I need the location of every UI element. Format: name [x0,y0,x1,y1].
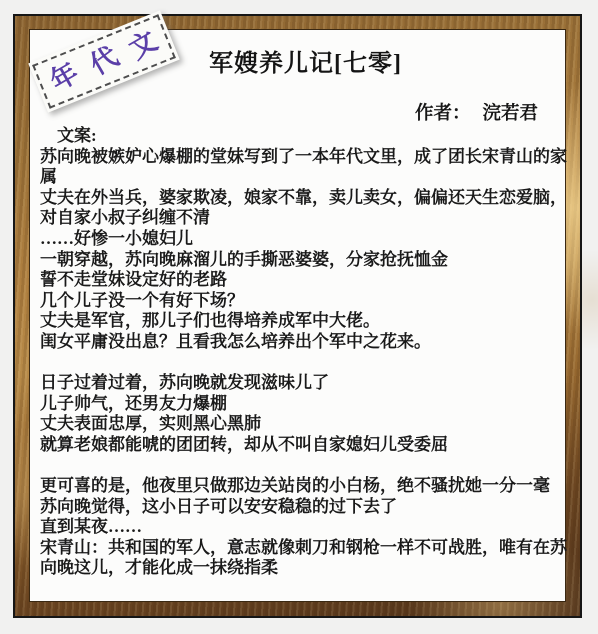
synopsis-line: 对自家小叔子纠缠不清 [40,208,562,229]
synopsis-line: 直到某夜…… [40,517,562,538]
synopsis-line [40,353,562,374]
synopsis-line: 属 [40,167,562,188]
stamp-char-nian: 年 [46,59,83,96]
stamp-char-dai: 代 [86,43,123,80]
synopsis-line: 几个儿子没一个有好下场？ [40,291,562,312]
stamp-char-wen: 文 [125,27,162,64]
author-label: 作者： [415,104,471,124]
synopsis-line: 向晚这儿，才能化成一抹绕指柔 [40,558,562,579]
synopsis-line [40,456,562,477]
synopsis-line: 苏向晚觉得，这小日子可以安安稳稳的过下去了 [40,497,562,518]
synopsis-line: 苏向晚被嫉妒心爆棚的堂妹写到了一本年代文里，成了团长宋青山的家 [40,147,562,168]
synopsis-line: 闺女平庸没出息？且看我怎么培养出个军中之花来。 [40,332,562,353]
synopsis-line: 丈夫表面忠厚，实则黑心黑肺 [40,414,562,435]
synopsis-line: 丈夫在外当兵，婆家欺凌，娘家不靠，卖儿卖女，偏偏还天生恋爱脑， [40,188,562,209]
synopsis-line: ……好惨一小媳妇儿 [40,229,562,250]
synopsis-line: 日子过着过着，苏向晚就发现滋味儿了 [40,373,562,394]
synopsis-line: 一朝穿越，苏向晚麻溜儿的手撕恶婆婆，分家抢抚恤金 [40,250,562,271]
synopsis-line: 就算老娘都能唬的团团转，却从不叫自家媳妇儿受委屈 [40,435,562,456]
page-title: 军嫂养儿记[七零] [209,43,402,78]
synopsis-line: 儿子帅气，还男友力爆棚 [40,394,562,415]
synopsis-line: 更可喜的是，他夜里只做那边关站岗的小白杨，绝不骚扰她一分一毫 [40,476,562,497]
synopsis: 文案:苏向晚被嫉妒心爆棚的堂妹写到了一本年代文里，成了团长宋青山的家属丈夫在外当… [40,126,562,579]
synopsis-line: 誓不走堂妹设定好的老路 [40,270,562,291]
synopsis-line: 文案: [40,126,562,147]
synopsis-line: 丈夫是军官，那儿子们也得培养成军中大佬。 [40,311,562,332]
author-name: 浣若君 [483,104,539,124]
synopsis-line: 宋青山：共和国的军人，意志就像刺刀和钢枪一样不可战胜，唯有在苏 [40,538,562,559]
photo-frame: 军嫂养儿记[七零] 作者：浣若君 文案:苏向晚被嫉妒心爆棚的堂妹写到了一本年代文… [13,14,582,618]
content-area: 军嫂养儿记[七零] 作者：浣若君 文案:苏向晚被嫉妒心爆棚的堂妹写到了一本年代文… [29,29,566,602]
page: 军嫂养儿记[七零] 作者：浣若君 文案:苏向晚被嫉妒心爆棚的堂妹写到了一本年代文… [0,0,598,634]
